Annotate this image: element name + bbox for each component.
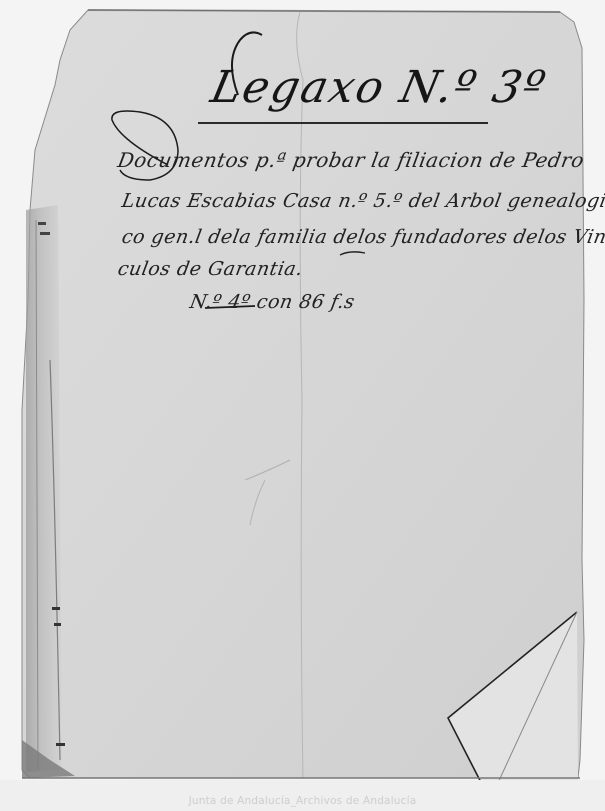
document-title: Legaxo N.º 3º (207, 62, 552, 113)
description-line-4: culos de Garantia. (116, 258, 305, 280)
folio-count: N.º 4º con 86 f.s (188, 291, 357, 313)
document-scan: Legaxo N.º 3º Documentos p.ª probar la f… (0, 0, 605, 811)
archive-watermark: Junta de Andalucía_Archivos de Andalucía (0, 795, 605, 807)
title-underline (198, 122, 488, 124)
description-line-3: co gen.l dela familia delos fundadores d… (120, 226, 605, 248)
description-line-1: Documentos p.ª probar la filiacion de Pe… (116, 148, 586, 172)
description-line-2: Lucas Escabias Casa n.º 5.º del Arbol ge… (120, 190, 605, 212)
